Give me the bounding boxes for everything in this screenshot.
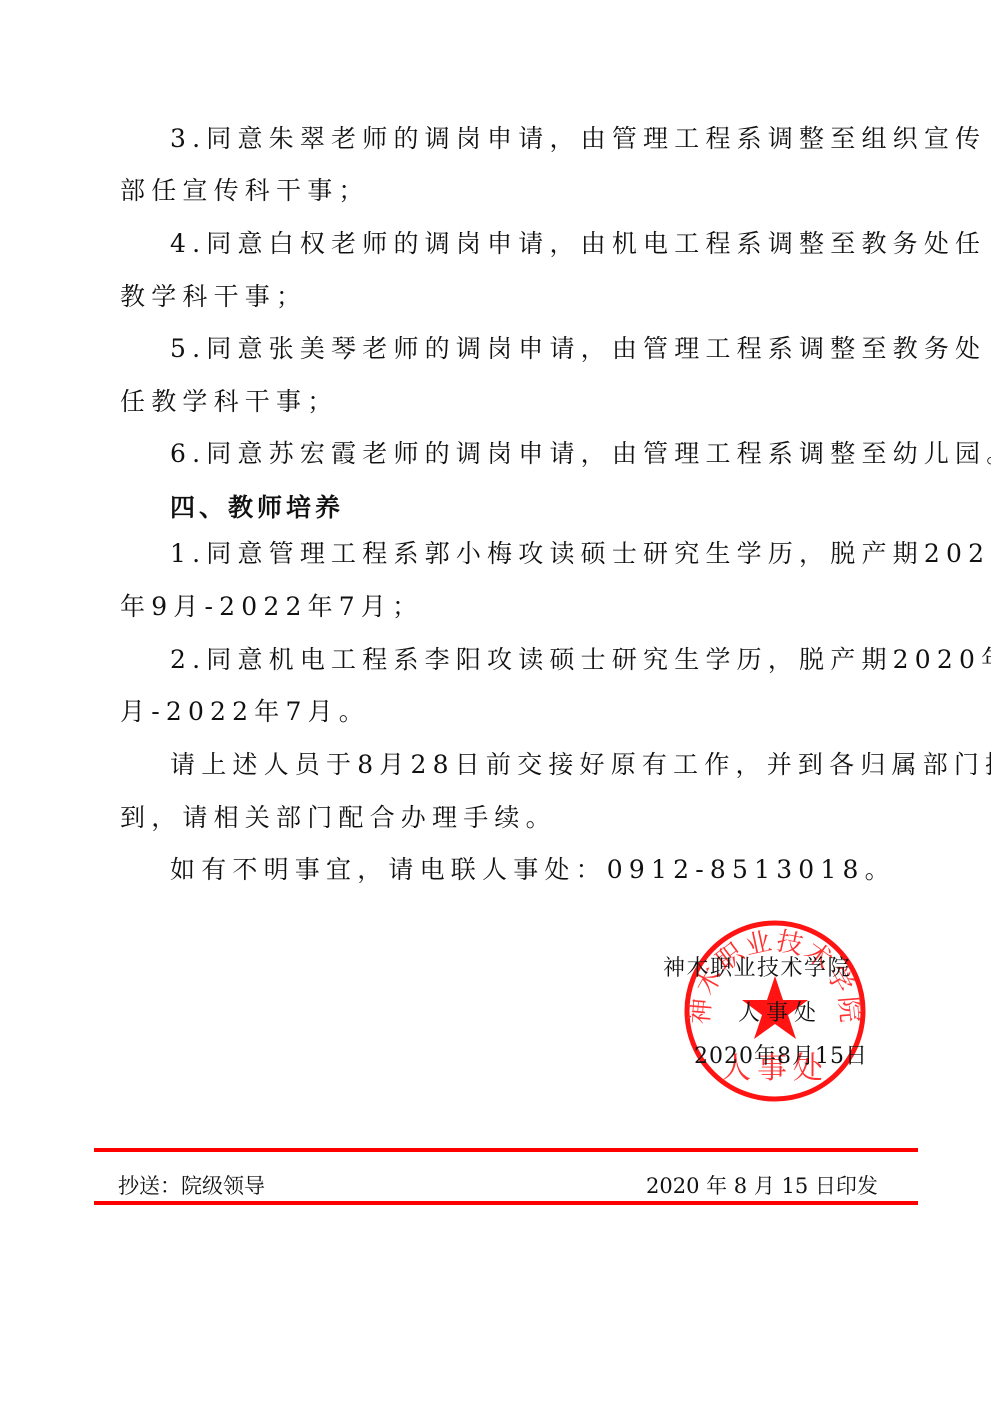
paragraph-5-line-2: 任教学科干事； bbox=[120, 387, 338, 417]
cc-recipients: 抄送：院级领导 bbox=[118, 1170, 265, 1200]
signature-dept: 人事处 bbox=[738, 996, 822, 1027]
document-page: 3.同意朱翠老师的调岗申请，由管理工程系调整至组织宣传 部任宣传科干事； 4.同… bbox=[0, 0, 991, 1403]
signature-date: 2020年8月15日 bbox=[694, 1039, 868, 1070]
notice-line-1: 请上述人员于8月28日前交接好原有工作，并到各归属部门报 bbox=[170, 750, 991, 780]
paragraph-5-line-1: 5.同意张美琴老师的调岗申请，由管理工程系调整至教务处 bbox=[170, 334, 986, 364]
paragraph-6-line-1: 6.同意苏宏霞老师的调岗申请，由管理工程系调整至幼儿园。 bbox=[170, 439, 991, 469]
section-heading: 四、教师培养 bbox=[170, 493, 344, 523]
contact-line: 如有不明事宜，请电联人事处：0912-8513018。 bbox=[170, 855, 896, 885]
notice-line-2: 到，请相关部门配合办理手续。 bbox=[120, 803, 557, 833]
training-1-line-2: 年9月-2022年7月； bbox=[120, 592, 423, 622]
paragraph-4-line-2: 教学科干事； bbox=[120, 282, 307, 312]
paragraph-3-line-2: 部任宣传科干事； bbox=[120, 176, 370, 206]
training-2-line-1: 2.同意机电工程系李阳攻读硕士研究生学历，脱产期2020年9 bbox=[170, 645, 991, 675]
training-2-line-2: 月-2022年7月。 bbox=[120, 697, 370, 727]
paragraph-4-line-1: 4.同意白权老师的调岗申请，由机电工程系调整至教务处任 bbox=[170, 229, 986, 259]
footer-bottom-rule bbox=[94, 1201, 918, 1205]
signature-org: 神木职业技术学院 bbox=[663, 951, 851, 982]
issue-date: 2020 年 8 月 15 日印发 bbox=[646, 1170, 878, 1200]
training-1-line-1: 1.同意管理工程系郭小梅攻读硕士研究生学历，脱产期2020 bbox=[170, 539, 991, 569]
footer-top-rule bbox=[94, 1148, 918, 1152]
paragraph-3-line-1: 3.同意朱翠老师的调岗申请，由管理工程系调整至组织宣传 bbox=[170, 124, 986, 154]
